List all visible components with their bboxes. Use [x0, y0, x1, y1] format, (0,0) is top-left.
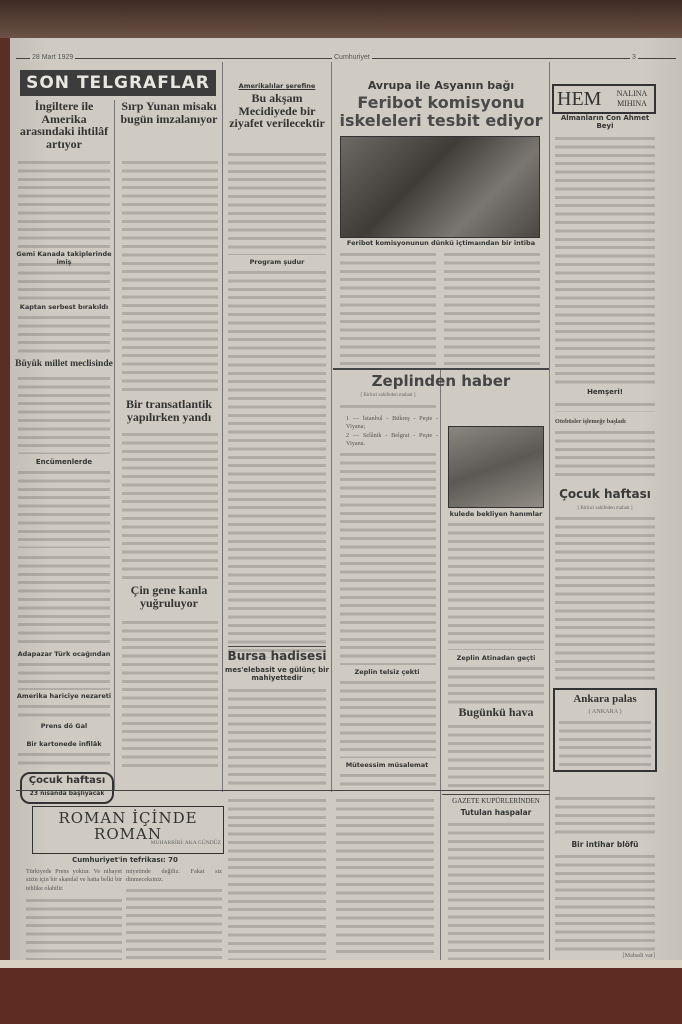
zeplin-photo: [448, 426, 544, 508]
ankara-palas-text: [559, 718, 651, 766]
headline-cocuk-haftasi: Çocuk haftası: [552, 488, 658, 501]
article-body: [228, 686, 326, 788]
headline-sirp-yunan: Sırp Yunan misakı bugün imzalanıyor: [116, 100, 222, 125]
subhead-prens: Prens dö Gal: [14, 722, 114, 730]
background-top: [0, 0, 682, 38]
otobus-lead: Otobüsler işlemeğe başladı: [555, 418, 655, 426]
roman-col2: miyetinde değiliz. Fakat siz dinmeceksin…: [126, 868, 222, 885]
zeplin-subhead-musalemat: Müteessim müsalemat: [333, 761, 441, 769]
feribot-kicker: Avrupa ile Asyanın bağı: [333, 80, 549, 92]
article-body: [448, 520, 544, 650]
article-body: [18, 750, 110, 770]
zeplin-photo-caption: kulede bekliyen hanımlar: [444, 510, 548, 518]
hava-body: [448, 722, 544, 790]
son-telgraflar-banner: SON TELGRAFLAR: [20, 70, 216, 96]
masthead-date: 28 Mart 1929: [30, 54, 75, 61]
hem-logo-bottom: MIHINA: [612, 99, 652, 108]
article-body: [18, 158, 110, 248]
headline-ingiltere: İngiltere ile Amerika arasındaki ihtilâf…: [14, 100, 114, 150]
article-body: [122, 618, 218, 768]
feribot-photo: [340, 136, 540, 238]
article-body: [228, 150, 326, 255]
column-rule: [549, 62, 550, 992]
article-body: [448, 664, 544, 704]
zeplin-kicker: [ Birinci sahifeden mabait ]: [340, 392, 436, 400]
headline-bursa: Bursa hadisesi: [224, 650, 330, 663]
roman-author: MUHARRİRİ: AKA GÜNDÜZ: [93, 839, 221, 847]
roman-installment: Cumhuriyet'in tefrikası: 70: [20, 856, 230, 864]
subhead-kartone: Bir kartonede infilâk: [14, 740, 114, 748]
article-body: [18, 374, 110, 454]
column-rule: [114, 100, 115, 790]
page-number: 3: [630, 54, 638, 61]
article-body: [228, 268, 326, 658]
subhead-meclis: Büyük millet meclisinde: [14, 360, 114, 370]
zeplin-route-2: 2 — Selânik - Belgrat - Peşte - Viyana.: [346, 432, 438, 449]
article-body: [555, 134, 655, 384]
article-body: [340, 678, 436, 758]
subhead-encumen: Encümenlerde: [14, 458, 114, 466]
hem-headline: Almanların Con Ahmet Beyi: [552, 114, 658, 130]
subhead-adapazar: Adapazar Türk ocağından: [14, 650, 114, 658]
article-body: [18, 660, 110, 690]
headline-cin: Çin gene kanla yuğruluyor: [116, 584, 222, 609]
amerikalilar-kicker: Amerikalılar şerefine: [224, 82, 330, 90]
article-body: [18, 260, 110, 300]
article-body: [555, 428, 655, 478]
divider: [228, 646, 326, 647]
article-body: [340, 771, 436, 787]
article-body: [122, 430, 218, 580]
article-body: [18, 553, 110, 647]
headline-transatlantik: Bir transatlantik yapılırken yandı: [116, 398, 222, 423]
article-body: [18, 702, 110, 720]
bursa-deck: mes'elebasit ve gülünç bir mahiyettedir: [224, 666, 330, 682]
roman-col1: Türkiyede Prens yoktur. Ve nihayet sizin…: [26, 868, 122, 893]
article-body: [448, 820, 544, 976]
cocuk-haftasi-box: Çocuk haftası 23 nisanda başlıyacak: [20, 772, 114, 804]
hem-subhead: Hemşeri!: [552, 388, 658, 396]
newspaper-page: 28 Mart 1929 Cumhuriyet 3 SON TELGRAFLAR…: [10, 38, 682, 968]
hem-nalina-logo: HEM NALINA MIHINA: [552, 84, 656, 114]
divider: [16, 790, 550, 791]
subhead-amerika: Amerika hariciye nezareti: [14, 692, 114, 700]
article-body: [555, 400, 655, 412]
article-body: [336, 796, 434, 956]
feribot-caption: Feribot komisyonunun dünkü içtimaından b…: [333, 239, 549, 247]
divider: [333, 368, 549, 370]
column-rule: [222, 62, 223, 792]
headline-feribot: Feribot komisyonu iskeleleri tesbit ediy…: [333, 94, 549, 130]
roman-title-plate: ROMAN İÇİNDE ROMAN MUHARRİRİ: AKA GÜNDÜZ: [32, 806, 224, 854]
cocuk-box-title: Çocuk haftası: [22, 776, 112, 787]
feribot-lead: [340, 250, 436, 366]
masthead-paper: Cumhuriyet: [332, 54, 372, 61]
article-body: [555, 852, 655, 952]
zeplin-subhead-telsiz: Zeplin telsiz çekti: [333, 668, 441, 676]
hem-logo-top: NALINA: [612, 89, 652, 98]
article-body: [340, 402, 436, 412]
roman-title: ROMAN İÇİNDE ROMAN: [33, 811, 223, 843]
article-body: [444, 250, 540, 366]
cocuk-box-subtitle: 23 nisanda başlıyacak: [22, 790, 112, 797]
zeplin-subhead-atina: Zeplin Atinadan geçti: [444, 654, 548, 662]
article-body: [122, 158, 218, 393]
article-body: [18, 313, 110, 353]
headline-mecidiye: Bu akşam Mecidiyede bir ziyafet verilece…: [224, 92, 330, 130]
zeplin-route-1: 1 — İstanbul - Bükreş - Peşte - Viyana;: [346, 415, 438, 432]
headline-zeplin: Zeplinden haber: [333, 374, 549, 390]
cocuk-kicker: [ Birinci sahifeden mabait ]: [555, 505, 655, 513]
article-body: [555, 794, 655, 834]
column-rule: [440, 368, 441, 988]
background-bottom: [0, 968, 682, 1024]
headline-intihar: Bir intihar blöfü: [552, 840, 658, 849]
article-body: [228, 796, 326, 976]
subhead-program: Program şudur: [224, 258, 330, 266]
ankara-palas-title: Ankara palas: [555, 694, 655, 706]
ankara-palas-subtitle: ( ANKARA ): [555, 708, 655, 716]
article-body: [555, 514, 655, 684]
article-body: [18, 468, 110, 548]
headline-hava: Bugünkü hava: [444, 706, 548, 719]
gazete-kicker: GAZETE KUPÜRLERİNDEN: [442, 798, 550, 805]
divider: [442, 794, 550, 795]
hem-logo-big: HEM: [557, 86, 601, 112]
subhead-kaptan: Kaptan serbest bırakıldı: [14, 303, 114, 311]
ankara-palas-ad: Ankara palas ( ANKARA ): [553, 688, 657, 772]
column-rule: [331, 62, 332, 792]
article-body: [340, 450, 436, 665]
headline-haspalar: Tutulan haspalar: [442, 808, 550, 817]
